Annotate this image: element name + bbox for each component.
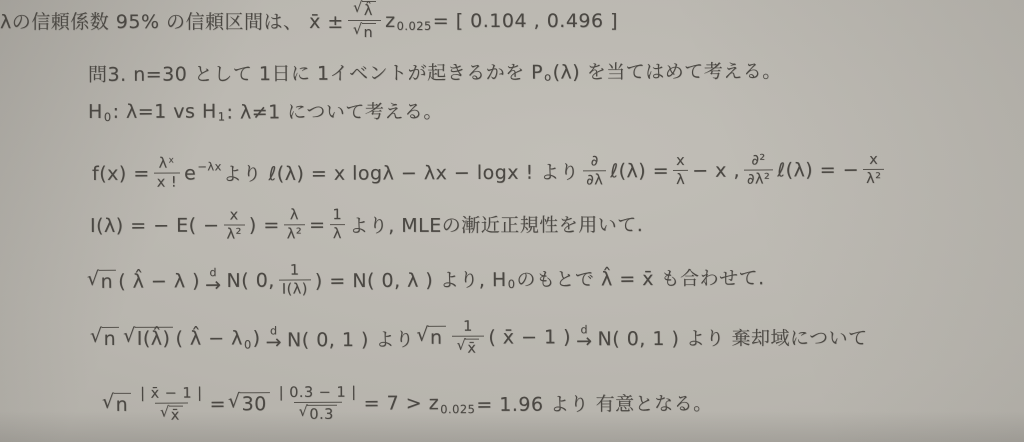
square-root: √n [90, 327, 119, 351]
subscript: 0 [244, 337, 252, 351]
math-text: = 7 > z [364, 392, 440, 414]
math-text: 1 [332, 207, 342, 224]
fraction-numerator: x [866, 152, 881, 169]
subscript: 0 [508, 277, 516, 291]
math-text: x̄ [467, 340, 476, 357]
math-text: ∂ [591, 153, 599, 170]
fraction-numerator: | 0.3 − 1 | [276, 385, 360, 402]
math-text: ∂λ [586, 172, 603, 189]
math-text: x [230, 207, 239, 224]
fraction-numerator: 1 [287, 262, 303, 279]
square-root: √n [353, 23, 376, 42]
fraction: xλ² [223, 207, 244, 242]
subscript: 0.025 [440, 402, 475, 416]
converges-in-distribution: d→ [266, 326, 283, 351]
math-text: ( λ̂ − λ [175, 328, 243, 350]
fraction: λxx ! [154, 156, 181, 191]
math-text: x [869, 152, 878, 169]
math-text: I(λ) = − E( − [90, 214, 220, 236]
math-text: 問3. n=30 として 1日に 1イベントが起きるかを P [88, 58, 543, 87]
note-line-2: H0 : λ=1 vs H1 : λ≠1 について考える。 [88, 97, 443, 125]
note-line-1: 問3. n=30 として 1日に 1イベントが起きるかを Po(λ) を当てはめ… [88, 56, 782, 87]
math-text: n [104, 329, 117, 351]
note-line-6: √n √I(λ̂) ( λ̂ − λ0 ) d→ N( 0, 1 ) より √n… [88, 317, 868, 358]
math-text: x [676, 153, 685, 170]
converges-in-distribution: d→ [205, 268, 222, 293]
square-root: √x̄ [457, 338, 480, 357]
fraction: xλ² [863, 152, 885, 187]
math-text: = [210, 393, 227, 415]
math-text: N( 0, 1 ) より [287, 324, 415, 351]
fraction-numerator: 1 [460, 319, 476, 336]
math-text: λ² [866, 170, 881, 187]
square-root: √30 [228, 392, 270, 416]
sqrt-content: n [362, 23, 377, 42]
math-text: λ [333, 226, 342, 243]
fraction-denominator: ∂λ [583, 170, 606, 189]
math-text: n [101, 271, 114, 293]
subscript: 0 [104, 110, 112, 124]
fraction-numerator: λx [156, 156, 179, 173]
math-text: N( 0, 1 ) より 棄却域について [597, 323, 867, 351]
note-line-3: f(x) = λxx ! e−λx より ℓ(λ) = x logλ − λx … [92, 152, 889, 191]
square-root: √λ̂ [353, 1, 376, 20]
math-text: λ̂ [364, 3, 373, 20]
fraction-numerator: ∂ [588, 153, 602, 170]
fraction-denominator: λ [330, 224, 345, 243]
converges-in-distribution: d→ [576, 325, 593, 350]
math-text: 1 [463, 319, 473, 336]
fraction-denominator: √0.3 [294, 401, 342, 423]
fraction: | 0.3 − 1 |√0.3 [276, 385, 360, 424]
math-text: ) = [249, 214, 280, 236]
math-text: n [430, 328, 443, 350]
math-text: = [309, 214, 325, 236]
fraction-denominator: √x̄ [452, 335, 485, 357]
sqrt-content: n [428, 326, 446, 350]
math-text: (λ) を当てはめて考える。 [553, 56, 782, 84]
math-text: ) [253, 327, 261, 349]
fraction-denominator: λ [673, 169, 688, 188]
math-text: n [364, 25, 374, 42]
fraction: λλ² [284, 207, 305, 242]
subscript: 1 [218, 110, 226, 124]
math-text: e [184, 162, 196, 184]
fraction-numerator: 1 [329, 207, 345, 224]
math-text: ) = N( 0, λ ) より, H [315, 265, 507, 293]
rightwards-arrow-icon: → [205, 277, 222, 293]
math-text: λ [676, 171, 685, 188]
superscript: −λx [197, 160, 222, 174]
math-text: ( x̄ − 1 ) [488, 326, 571, 348]
math-text: = [ 0.104 , 0.496 ] [433, 10, 618, 32]
sqrt-content: n [114, 393, 132, 417]
math-text: より, MLEの漸近正規性を用いて. [349, 210, 643, 238]
sqrt-content: n [102, 327, 120, 351]
math-text: : λ=1 vs H [113, 100, 217, 122]
subscript: 0.025 [397, 19, 432, 33]
square-root: √x̄ [160, 405, 183, 424]
math-text: : λ≠1 について考える。 [226, 97, 442, 125]
rightwards-arrow-icon: → [576, 333, 592, 349]
fraction: xλ [673, 153, 688, 188]
fraction: 1λ [329, 207, 345, 242]
sqrt-content: 0.3 [307, 404, 337, 423]
math-text: N( 0, [226, 269, 274, 291]
fraction-denominator: I(λ) [279, 279, 311, 298]
math-text: = 1.96 より 有意となる。 [476, 388, 712, 416]
fraction-numerator: | x̄ − 1 | [137, 385, 206, 402]
fraction: 1I(λ) [279, 262, 311, 297]
fraction-denominator: √x̄ [155, 402, 188, 424]
math-text: λ [290, 207, 299, 224]
fraction-denominator: ∂λ² [744, 169, 773, 188]
fraction-denominator: λ² [284, 224, 305, 243]
fraction-denominator: λ² [224, 224, 245, 243]
note-line-8: λの信頼係数 95% の信頼区間は、 x̄ ± √λ̂√n z0.025 = [… [0, 0, 618, 41]
fraction-numerator: λ [287, 207, 302, 224]
math-text: のもとで λ̂ = x̄ も合わせて. [516, 263, 764, 292]
note-line-7: √n | x̄ − 1 |√x̄ = √30 | 0.3 − 1 |√0.3 =… [100, 383, 713, 424]
math-text: ( λ̂ − λ ) [118, 270, 200, 293]
math-text: より ℓ(λ) = x logλ − λx − logx ! より [223, 158, 579, 187]
math-text: ∂² [751, 152, 765, 169]
math-text: ∂λ² [747, 171, 770, 188]
sqrt-content: 30 [240, 392, 270, 416]
fraction: ∂∂λ [583, 153, 606, 188]
fraction-numerator: x [227, 207, 242, 224]
math-text: λ [159, 156, 168, 173]
square-root: √n [102, 393, 131, 417]
note-line-5: √n( λ̂ − λ ) d→ N( 0, 1I(λ) ) = N( 0, λ … [85, 259, 765, 299]
math-text: λ² [227, 226, 242, 243]
note-line-4: I(λ) = − E( − xλ² ) = λλ² = 1λ より, MLEの漸… [90, 206, 643, 243]
sqrt-content: x̄ [465, 338, 479, 357]
math-text: − x , [692, 159, 740, 181]
math-text: ℓ(λ) = [610, 160, 669, 182]
fraction: 1√x̄ [452, 319, 485, 357]
fraction-numerator: ∂² [748, 152, 768, 169]
math-text: n [116, 395, 129, 417]
square-root: √I(λ̂) [123, 327, 173, 351]
fraction-numerator: x [673, 153, 688, 170]
sqrt-content: x̄ [169, 405, 183, 424]
math-text: ℓ(λ) = − [777, 159, 859, 181]
math-text: z [385, 10, 395, 32]
fraction: √λ̂√n [348, 0, 381, 41]
notebook-page: 問3. n=30 として 1日に 1イベントが起きるかを Po(λ) を当てはめ… [0, 0, 1024, 442]
math-text: f(x) = [92, 162, 150, 184]
fraction: ∂²∂λ² [744, 152, 773, 187]
fraction: | x̄ − 1 |√x̄ [137, 385, 206, 424]
fraction-denominator: λ² [863, 168, 884, 187]
fraction-denominator: √n [348, 20, 381, 42]
math-text: 1 [290, 263, 300, 280]
math-text: H [88, 100, 103, 122]
sqrt-content: n [99, 269, 117, 293]
rightwards-arrow-icon: → [266, 335, 282, 351]
math-text: λの信頼係数 95% の信頼区間は、 x̄ ± [0, 7, 344, 34]
math-text: λ² [287, 226, 302, 243]
square-root: √n [416, 326, 445, 350]
math-text: x ! [157, 174, 178, 191]
math-text: | x̄ − 1 | [140, 385, 203, 402]
square-root: √n [87, 269, 116, 293]
math-text: x̄ [171, 407, 180, 424]
fraction-numerator: √λ̂ [348, 0, 381, 20]
sqrt-content: λ̂ [362, 1, 376, 20]
math-text: I(λ̂) [137, 329, 171, 351]
sqrt-content: I(λ̂) [135, 327, 174, 351]
superscript: x [169, 156, 175, 166]
math-text: 30 [242, 394, 267, 416]
math-text: I(λ) [282, 281, 308, 298]
subscript: o [544, 70, 552, 84]
math-text: | 0.3 − 1 | [279, 385, 357, 402]
fraction-denominator: x ! [154, 172, 181, 191]
square-root: √0.3 [299, 404, 337, 423]
math-text: 0.3 [309, 406, 334, 423]
